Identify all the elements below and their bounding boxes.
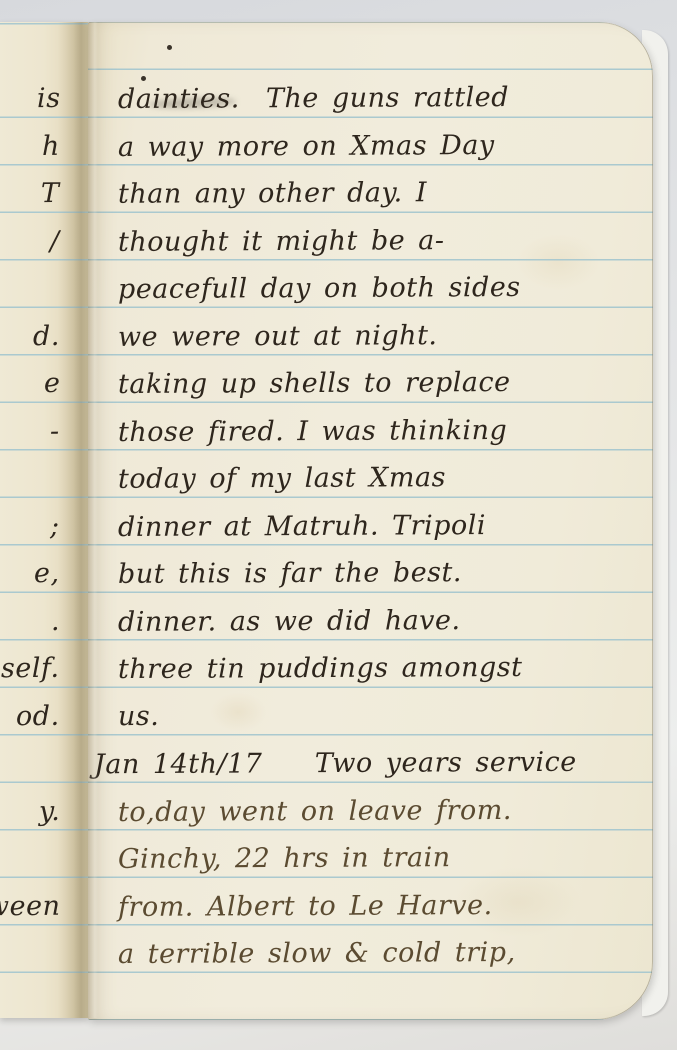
scanned-diary-photo: ishT/d.e-;e,.self.od.y.ween dainties. Th… <box>0 0 677 1050</box>
handwritten-line: Jan 14th/17 Two years service <box>94 738 577 791</box>
handwritten-line: those fired. I was thinking <box>118 405 507 457</box>
handwritten-line: us. <box>118 691 160 741</box>
prev-page-word-fragment: ; <box>50 501 60 551</box>
handwritten-line: peacefull day on both sides <box>118 263 521 315</box>
handwritten-line: a way more on Xmas Day <box>118 121 495 173</box>
prev-page-word-fragment: . <box>51 596 60 646</box>
handwritten-line: from. Albert to Le Harve. <box>118 881 493 933</box>
handwritten-line: three tin puddings amongst <box>118 643 523 695</box>
prev-page-word-fragment: ween <box>0 881 60 932</box>
prev-page-word-fragment: / <box>50 216 60 266</box>
handwritten-line: to,day went on leave from. <box>118 785 512 837</box>
handwritten-line: thought it might be a- <box>118 216 445 268</box>
diary-page: dainties. The guns rattleda way more on … <box>88 22 653 1020</box>
prev-page-word-fragment: od. <box>16 691 60 741</box>
prev-page-word-fragment: e, <box>34 549 60 599</box>
prev-page-word-fragment: y. <box>39 786 61 836</box>
prev-page-word-fragment: is <box>36 74 60 124</box>
handwritten-line: today of my last Xmas <box>118 453 446 505</box>
handwritten-line: dainties. The guns rattled <box>118 73 509 125</box>
handwritten-line: we were out at night. <box>118 311 438 363</box>
prev-page-word-fragment: e <box>43 359 60 409</box>
handwritten-line: taking up shells to replace <box>118 358 511 410</box>
prev-page-word-fragment: T <box>41 169 60 219</box>
handwritten-line: a terrible slow & cold trip, <box>118 928 516 980</box>
handwritten-line: dinner. as we did have. <box>118 596 461 648</box>
handwritten-line: dinner at Matruh. Tripoli <box>118 501 486 553</box>
handwritten-line: than any other day. I <box>118 168 427 220</box>
prev-page-word-fragment: d. <box>33 311 60 361</box>
handwritten-line: but this is far the best. <box>118 548 462 600</box>
prev-page-word-fragment: self. <box>1 644 60 694</box>
previous-page-edge: ishT/d.e-;e,.self.od.y.ween <box>0 22 88 1018</box>
prev-page-word-fragment: h <box>42 121 60 171</box>
prev-page-word-fragment: - <box>50 406 60 456</box>
ink-dot <box>167 45 172 50</box>
handwritten-line: Ginchy, 22 hrs in train <box>118 833 451 885</box>
